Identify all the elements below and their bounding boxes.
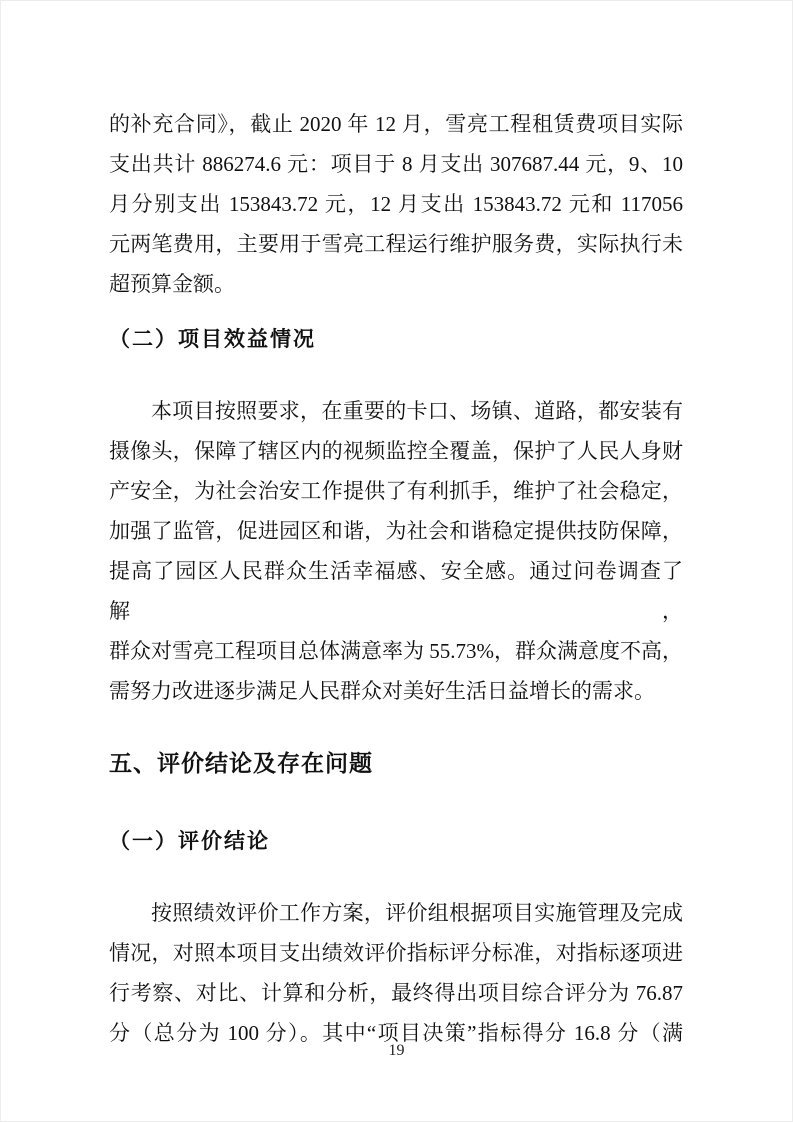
text-line: 的补充合同》，截止 2020 年 12 月，雪亮工程租赁费项目实际: [109, 104, 683, 144]
document-page: 的补充合同》，截止 2020 年 12 月，雪亮工程租赁费项目实际支出共计 88…: [0, 0, 793, 1122]
text-line: 需努力改进逐步满足人民群众对美好生活日益增长的需求。: [109, 671, 683, 711]
text-line: 支出共计 886274.6 元：项目于 8 月支出 307687.44 元，9、…: [109, 144, 683, 184]
text-line: 元两笔费用，主要用于雪亮工程运行维护服务费，实际执行未: [109, 224, 683, 264]
text-line: 提高了园区人民群众生活幸福感、安全感。通过问卷调查了解，: [109, 551, 683, 631]
text-line: 加强了监管，促进园区和谐，为社会和谐稳定提供技防保障，: [109, 511, 683, 551]
page-number: 19: [1, 1041, 792, 1061]
paragraph-benefits: 本项目按照要求，在重要的卡口、场镇、道路，都安装有摄像头，保障了辖区内的视频监控…: [109, 391, 683, 711]
text-line: 行考察、对比、计算和分析，最终得出项目综合评分为 76.87: [109, 973, 683, 1013]
heading-chapter-5-conclusions: 五、评价结论及存在问题: [109, 743, 683, 783]
paragraph-expenditure: 的补充合同》，截止 2020 年 12 月，雪亮工程租赁费项目实际支出共计 88…: [109, 104, 683, 304]
heading-section-2-benefits: （二）项目效益情况: [109, 319, 683, 359]
text-line: 情况，对照本项目支出绩效评价指标评分标准，对指标逐项进: [109, 933, 683, 973]
text-line: 本项目按照要求，在重要的卡口、场镇、道路，都安装有: [109, 391, 683, 431]
text-line: 月分别支出 153843.72 元，12 月支出 153843.72 元和 11…: [109, 184, 683, 224]
paragraph-conclusion: 按照绩效评价工作方案，评价组根据项目实施管理及完成情况，对照本项目支出绩效评价指…: [109, 893, 683, 1053]
heading-section-1-conclusion: （一）评价结论: [109, 821, 683, 861]
text-line: 产安全，为社会治安工作提供了有利抓手，维护了社会稳定，: [109, 471, 683, 511]
text-line: 摄像头，保障了辖区内的视频监控全覆盖，保护了人民人身财: [109, 431, 683, 471]
page-content: 的补充合同》，截止 2020 年 12 月，雪亮工程租赁费项目实际支出共计 88…: [109, 104, 683, 1053]
text-line: 按照绩效评价工作方案，评价组根据项目实施管理及完成: [109, 893, 683, 933]
text-line: 群众对雪亮工程项目总体满意率为 55.73%，群众满意度不高，: [109, 631, 683, 671]
text-line: 超预算金额。: [109, 264, 683, 304]
